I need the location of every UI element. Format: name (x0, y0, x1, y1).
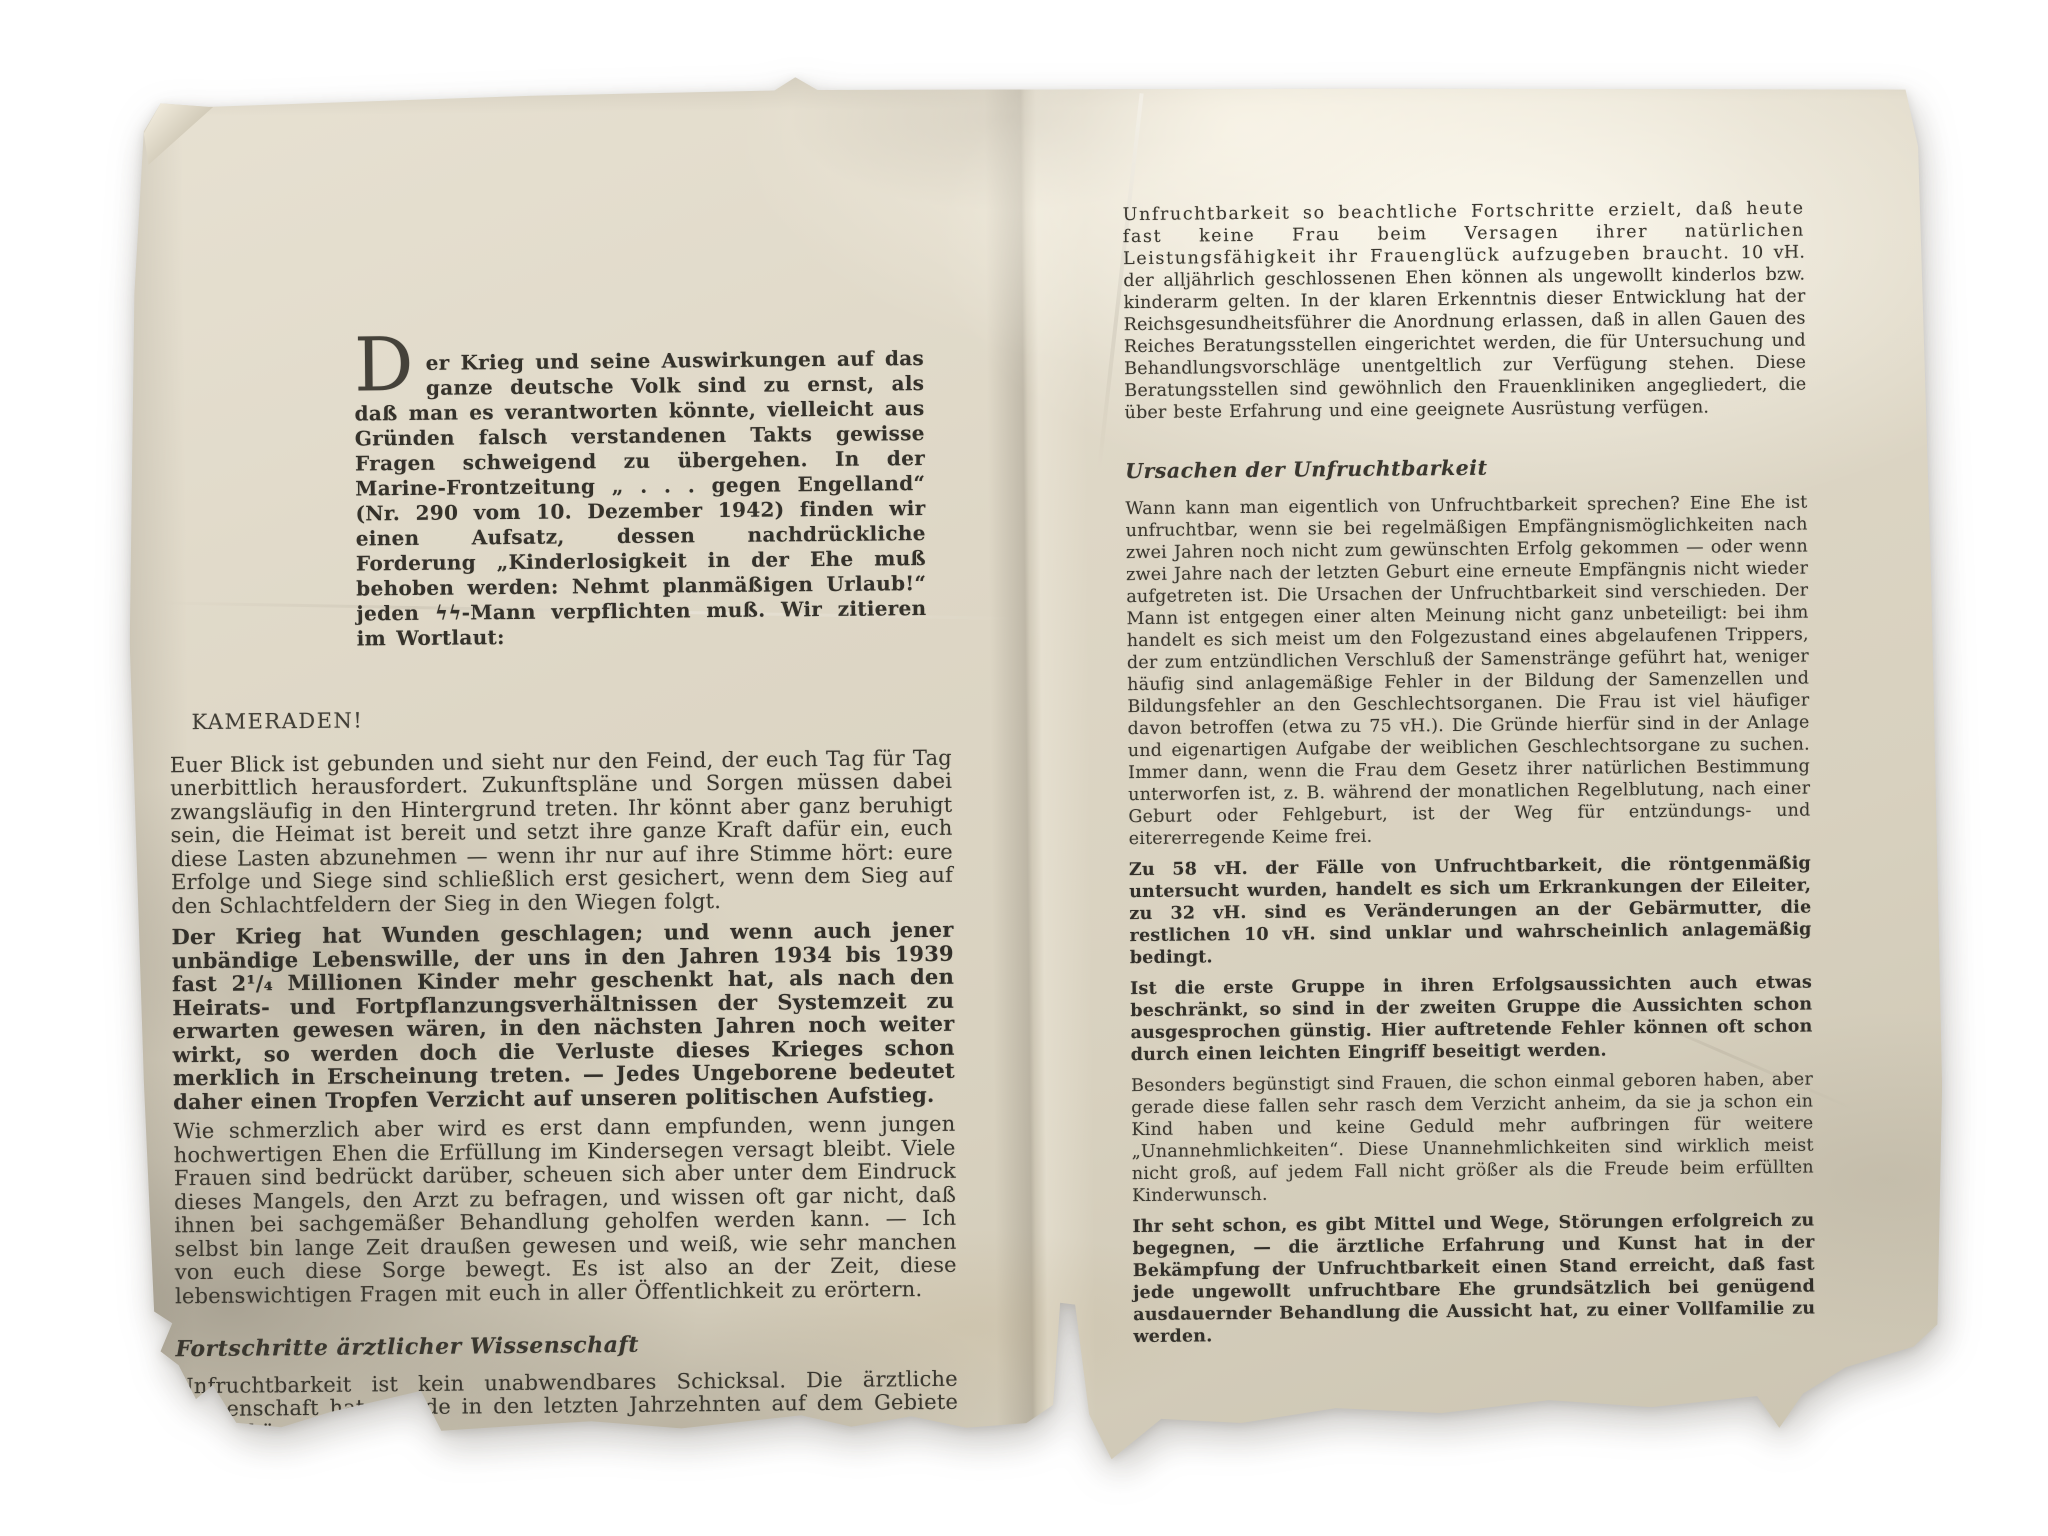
paragraph-ihr-seht-schon: Ihr seht schon, es gibt Mittel und Wege,… (1132, 1210, 1815, 1349)
emphasized-text: Unfruchtbarkeit so beachtliche Fortschri… (1123, 199, 1805, 270)
paragraph-zu-58-vh: Zu 58 vH. der Fälle von Unfruchtbarkeit,… (1129, 853, 1812, 970)
paragraph-continuation: Unfruchtbarkeit so beachtliche Fortschri… (1123, 198, 1807, 425)
paragraph-fortschritte: Unfruchtbarkeit ist kein unabwendbares S… (176, 1367, 959, 1445)
paragraph-wann-kann: Wann kann man eigentlich von Unfruchtbar… (1125, 492, 1810, 851)
right-page: Unfruchtbarkeit so beachtliche Fortschri… (1123, 198, 1816, 1348)
intro-text: er Krieg und seine Auswirkungen auf das … (354, 346, 926, 650)
photo-background: Der Krieg und seine Auswirkungen auf das… (0, 0, 2048, 1536)
salutation-kameraden: KAMERADEN! (191, 704, 951, 735)
paragraph-erste-gruppe: Ist die erste Gruppe in ihren Erfolgsaus… (1130, 972, 1813, 1067)
leaflet-paper: Der Krieg und seine Auswirkungen auf das… (108, 66, 1961, 1474)
paragraph-der-krieg: Der Krieg hat Wunden geschlagen; und wen… (171, 918, 955, 1113)
heading-fortschritte: Fortschritte ärztlicher Wissenschaft (175, 1331, 957, 1362)
paragraph-besonders-beguenstigt: Besonders begünstigt sind Frauen, die sc… (1131, 1069, 1814, 1208)
drop-cap: D (354, 339, 414, 390)
paper-shadow: Der Krieg und seine Auswirkungen auf das… (0, 0, 2048, 1536)
corner-fold (141, 99, 216, 168)
paragraph-wie-schmerzlich: Wie schmerzlich aber wird es erst dann e… (173, 1113, 957, 1308)
intro-paragraph: Der Krieg und seine Auswirkungen auf das… (354, 346, 927, 651)
paragraph-euer-blick: Euer Blick ist gebunden und sieht nur de… (170, 746, 954, 918)
continuation-text: 10 vH. der alljährlich geschlossenen Ehe… (1123, 243, 1806, 424)
heading-ursachen: Ursachen der Unfruchtbarkeit (1125, 454, 1807, 483)
left-page: Der Krieg und seine Auswirkungen auf das… (166, 346, 958, 1445)
